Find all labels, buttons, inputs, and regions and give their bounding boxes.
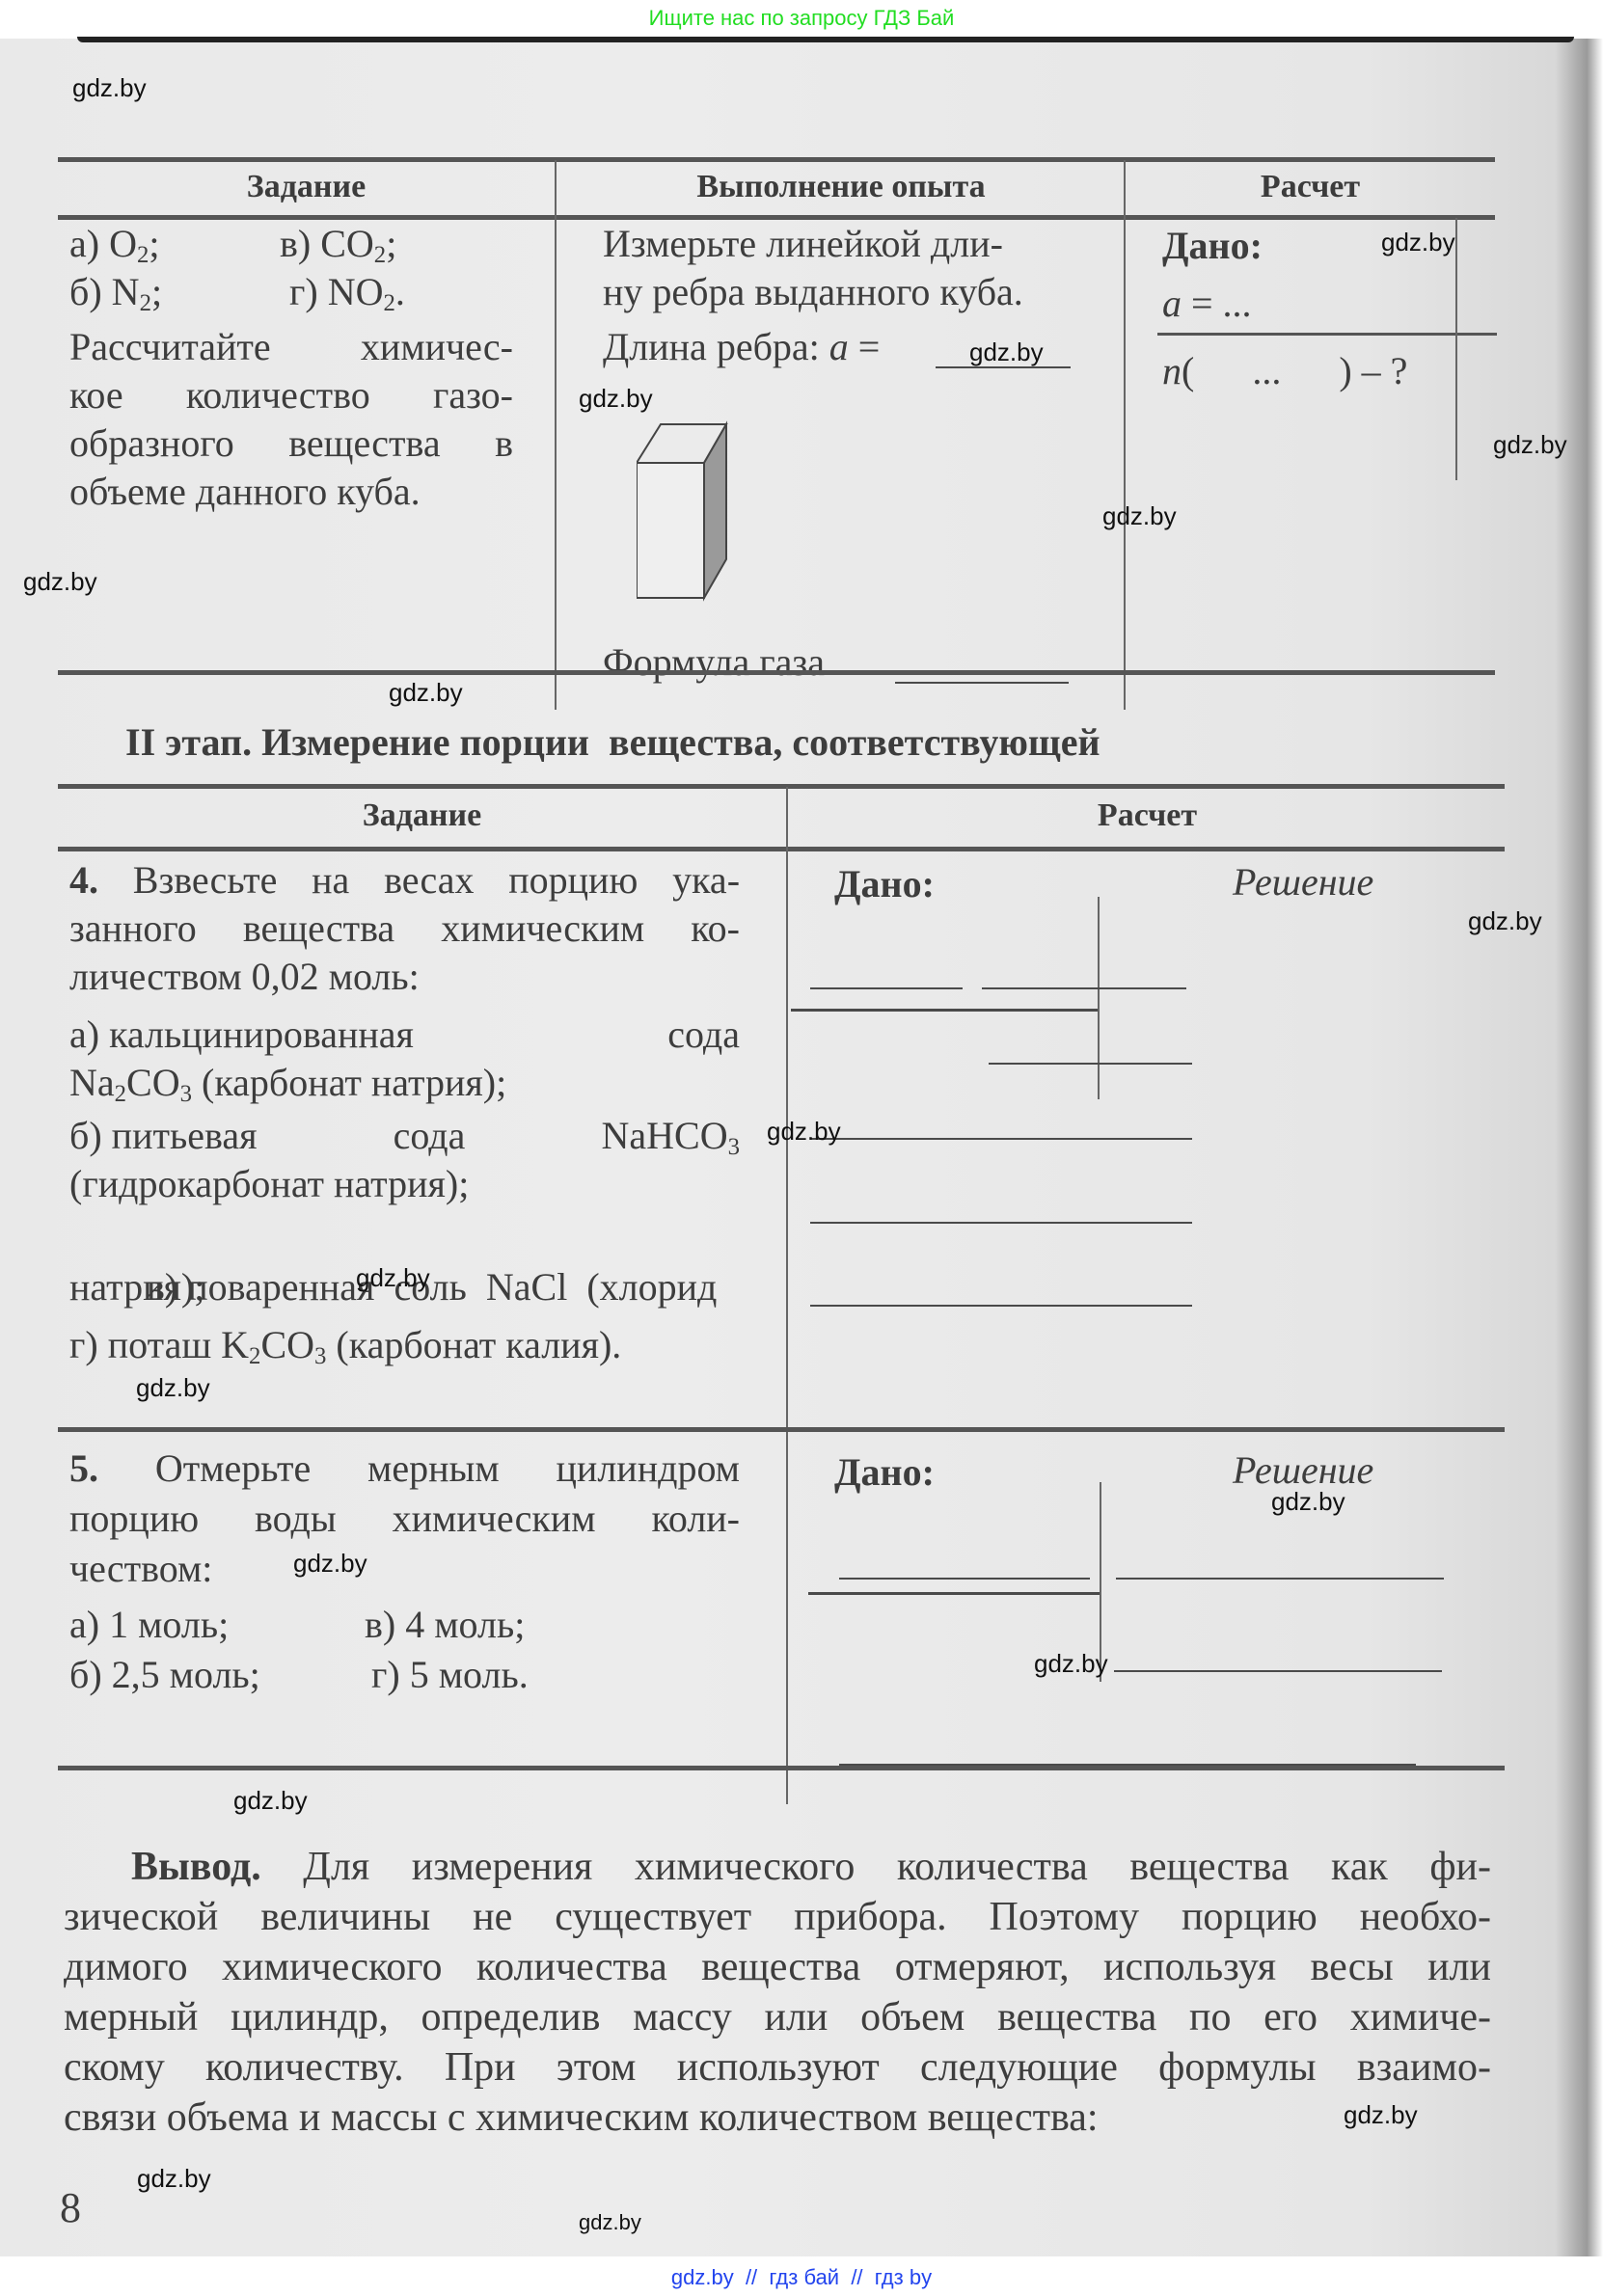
task1-line-2: кое количество газо- <box>69 371 513 419</box>
watermark: gdz.by <box>1271 1487 1345 1517</box>
table1-header-experiment: Выполнение опыта <box>557 169 1126 205</box>
experiment-line-1: Измерьте линейкой дли- <box>603 220 1003 268</box>
gas-formula-label: Формула газа <box>603 638 825 687</box>
item-4v-line-2: натрия); <box>69 1263 204 1311</box>
watermark: gdz.by <box>136 1373 210 1403</box>
watermark: gdz.by <box>72 73 147 103</box>
table2-header-rule <box>58 847 1505 851</box>
solution-blank-5-2[interactable] <box>1114 1670 1442 1672</box>
conclusion-line-1: Вывод. Для измерения химического количес… <box>64 1842 1491 1892</box>
watermark: gdz.by <box>1102 501 1177 531</box>
task4-line-1: 4. Взвесьте на весах порцию ука- <box>69 856 740 905</box>
formula-na2co3: Na2CO3 <box>69 1061 192 1104</box>
option-b-n2: б) N2; <box>69 268 162 316</box>
solution-blank-4-1[interactable] <box>982 987 1186 989</box>
given-edge: a = ... <box>1162 280 1252 328</box>
given-blank-4-1[interactable] <box>810 987 963 989</box>
watermark: gdz.by <box>389 678 463 708</box>
given-vertical-divider <box>1455 218 1457 480</box>
task1-line-3: образного вещества в <box>69 419 513 468</box>
table1-col-divider-2 <box>1124 160 1126 710</box>
solution-blank-4-4[interactable] <box>810 1222 1192 1224</box>
option-v-co2: в) CO2; <box>280 220 396 268</box>
option-a-o2: а) O2; <box>69 220 160 268</box>
item-4b-line-2: (гидрокарбонат натрия); <box>69 1160 469 1208</box>
solution-label-4: Решение <box>1233 858 1373 906</box>
watermark: gdz.by <box>23 567 97 597</box>
experiment-line-2: ну ребра выданного куба. <box>603 268 1023 316</box>
table1-top-rule <box>58 157 1495 162</box>
task1-line-1: Рассчитайте химичес- <box>69 323 513 371</box>
table1-header-task: Задание <box>58 169 555 205</box>
task4-line-3: личеством 0,02 моль: <box>69 953 420 1001</box>
cube-icon <box>637 419 743 603</box>
table2-header-task: Задание <box>58 797 786 834</box>
table2-row-divider <box>58 1427 1505 1432</box>
watermark: gdz.by <box>293 1549 367 1579</box>
watermark: gdz.by <box>1344 2100 1418 2130</box>
solution-blank-4-3[interactable] <box>810 1138 1192 1140</box>
given-label: Дано: <box>1162 222 1263 270</box>
item-5a: а) 1 моль; <box>69 1601 229 1649</box>
watermark: gdz.by <box>1034 1649 1108 1679</box>
watermark: gdz.by <box>1468 906 1542 936</box>
item-4g: г) поташ K2CO3 (карбонат калия). <box>69 1321 621 1369</box>
given-label-5: Дано: <box>834 1448 935 1497</box>
given-divider-5 <box>808 1592 1100 1595</box>
table1-col-divider-1 <box>555 160 557 710</box>
solution-blank-4-5[interactable] <box>810 1305 1192 1307</box>
item-5g: г) 5 моль. <box>371 1651 529 1699</box>
watermark: gdz.by <box>1381 228 1455 257</box>
table2-top-rule <box>58 784 1505 789</box>
solution-blank-5-1[interactable] <box>1116 1578 1444 1580</box>
given-blank-5-1[interactable] <box>839 1578 1090 1580</box>
top-banner: Ищите нас по запросу ГДЗ Бай <box>0 0 1603 39</box>
task5-line-3: чеством: <box>69 1545 212 1593</box>
watermark: gdz.by <box>579 2210 641 2235</box>
conclusion-line-4: мерный цилиндр, определив массу или объе… <box>64 1992 1491 2042</box>
given-vertical-divider-4 <box>1098 897 1100 1099</box>
conclusion-line-5: скому количеству. При этом используют сл… <box>64 2042 1491 2093</box>
conclusion-line-6: связи объема и массы с химическим количе… <box>64 2093 1099 2143</box>
watermark: gdz.by <box>233 1786 308 1816</box>
item-4a-line-1: а) кальцинированная сода <box>69 1011 740 1059</box>
table2-header-calc: Расчет <box>788 797 1507 834</box>
textbook-page: Задание Выполнение опыта Расчет а) O2; в… <box>0 39 1603 2256</box>
table2-col-divider <box>786 787 788 1804</box>
task1-line-4: объеме данного куба. <box>69 468 421 516</box>
task5-line-2: порцию воды химическим коли- <box>69 1495 740 1543</box>
conclusion-line-3: димого химического количества вещества о… <box>64 1942 1491 1992</box>
item-5b: б) 2,5 моль; <box>69 1651 260 1699</box>
gas-formula-blank[interactable] <box>895 682 1069 684</box>
page-number: 8 <box>60 2184 81 2232</box>
watermark: gdz.by <box>767 1117 841 1147</box>
conclusion-line-2: зической величины не существует прибора.… <box>64 1892 1491 1942</box>
item-5v: в) 4 моль; <box>365 1601 525 1649</box>
given-label-4: Дано: <box>834 860 935 908</box>
option-g-no2: г) NO2. <box>289 268 405 316</box>
find-amount: n( ... ) – ? <box>1162 347 1407 395</box>
edge-length-label: Длина ребра: a = <box>603 323 880 371</box>
section-2-heading: II этап. Измерение порции вещества, соот… <box>125 718 1100 767</box>
formula-nahco3: NaHCO3 <box>601 1112 740 1160</box>
given-divider <box>1157 333 1497 336</box>
watermark: gdz.by <box>356 1263 430 1293</box>
task5-line-1: 5. Отмерьте мерным цилиндром <box>69 1445 740 1493</box>
table1-header-calc: Расчет <box>1126 169 1495 205</box>
task4-line-2: занного вещества химическим ко- <box>69 905 740 953</box>
watermark: gdz.by <box>137 2164 211 2194</box>
bottom-banner[interactable]: gdz.by // гдз бай // гдз by <box>0 2256 1603 2296</box>
watermark: gdz.by <box>1493 430 1567 460</box>
watermark: gdz.by <box>969 338 1044 367</box>
item-4a-line-2: Na2CO3 (карбонат натрия); <box>69 1059 506 1107</box>
item-4b-line-1: б) питьевая сода NaHCO3 <box>69 1112 740 1160</box>
table1-bottom-rule <box>58 670 1495 675</box>
given-divider-4 <box>791 1009 1098 1012</box>
solution-blank-4-2[interactable] <box>989 1063 1192 1065</box>
watermark: gdz.by <box>579 384 653 414</box>
table2-bottom-rule <box>58 1766 1505 1770</box>
